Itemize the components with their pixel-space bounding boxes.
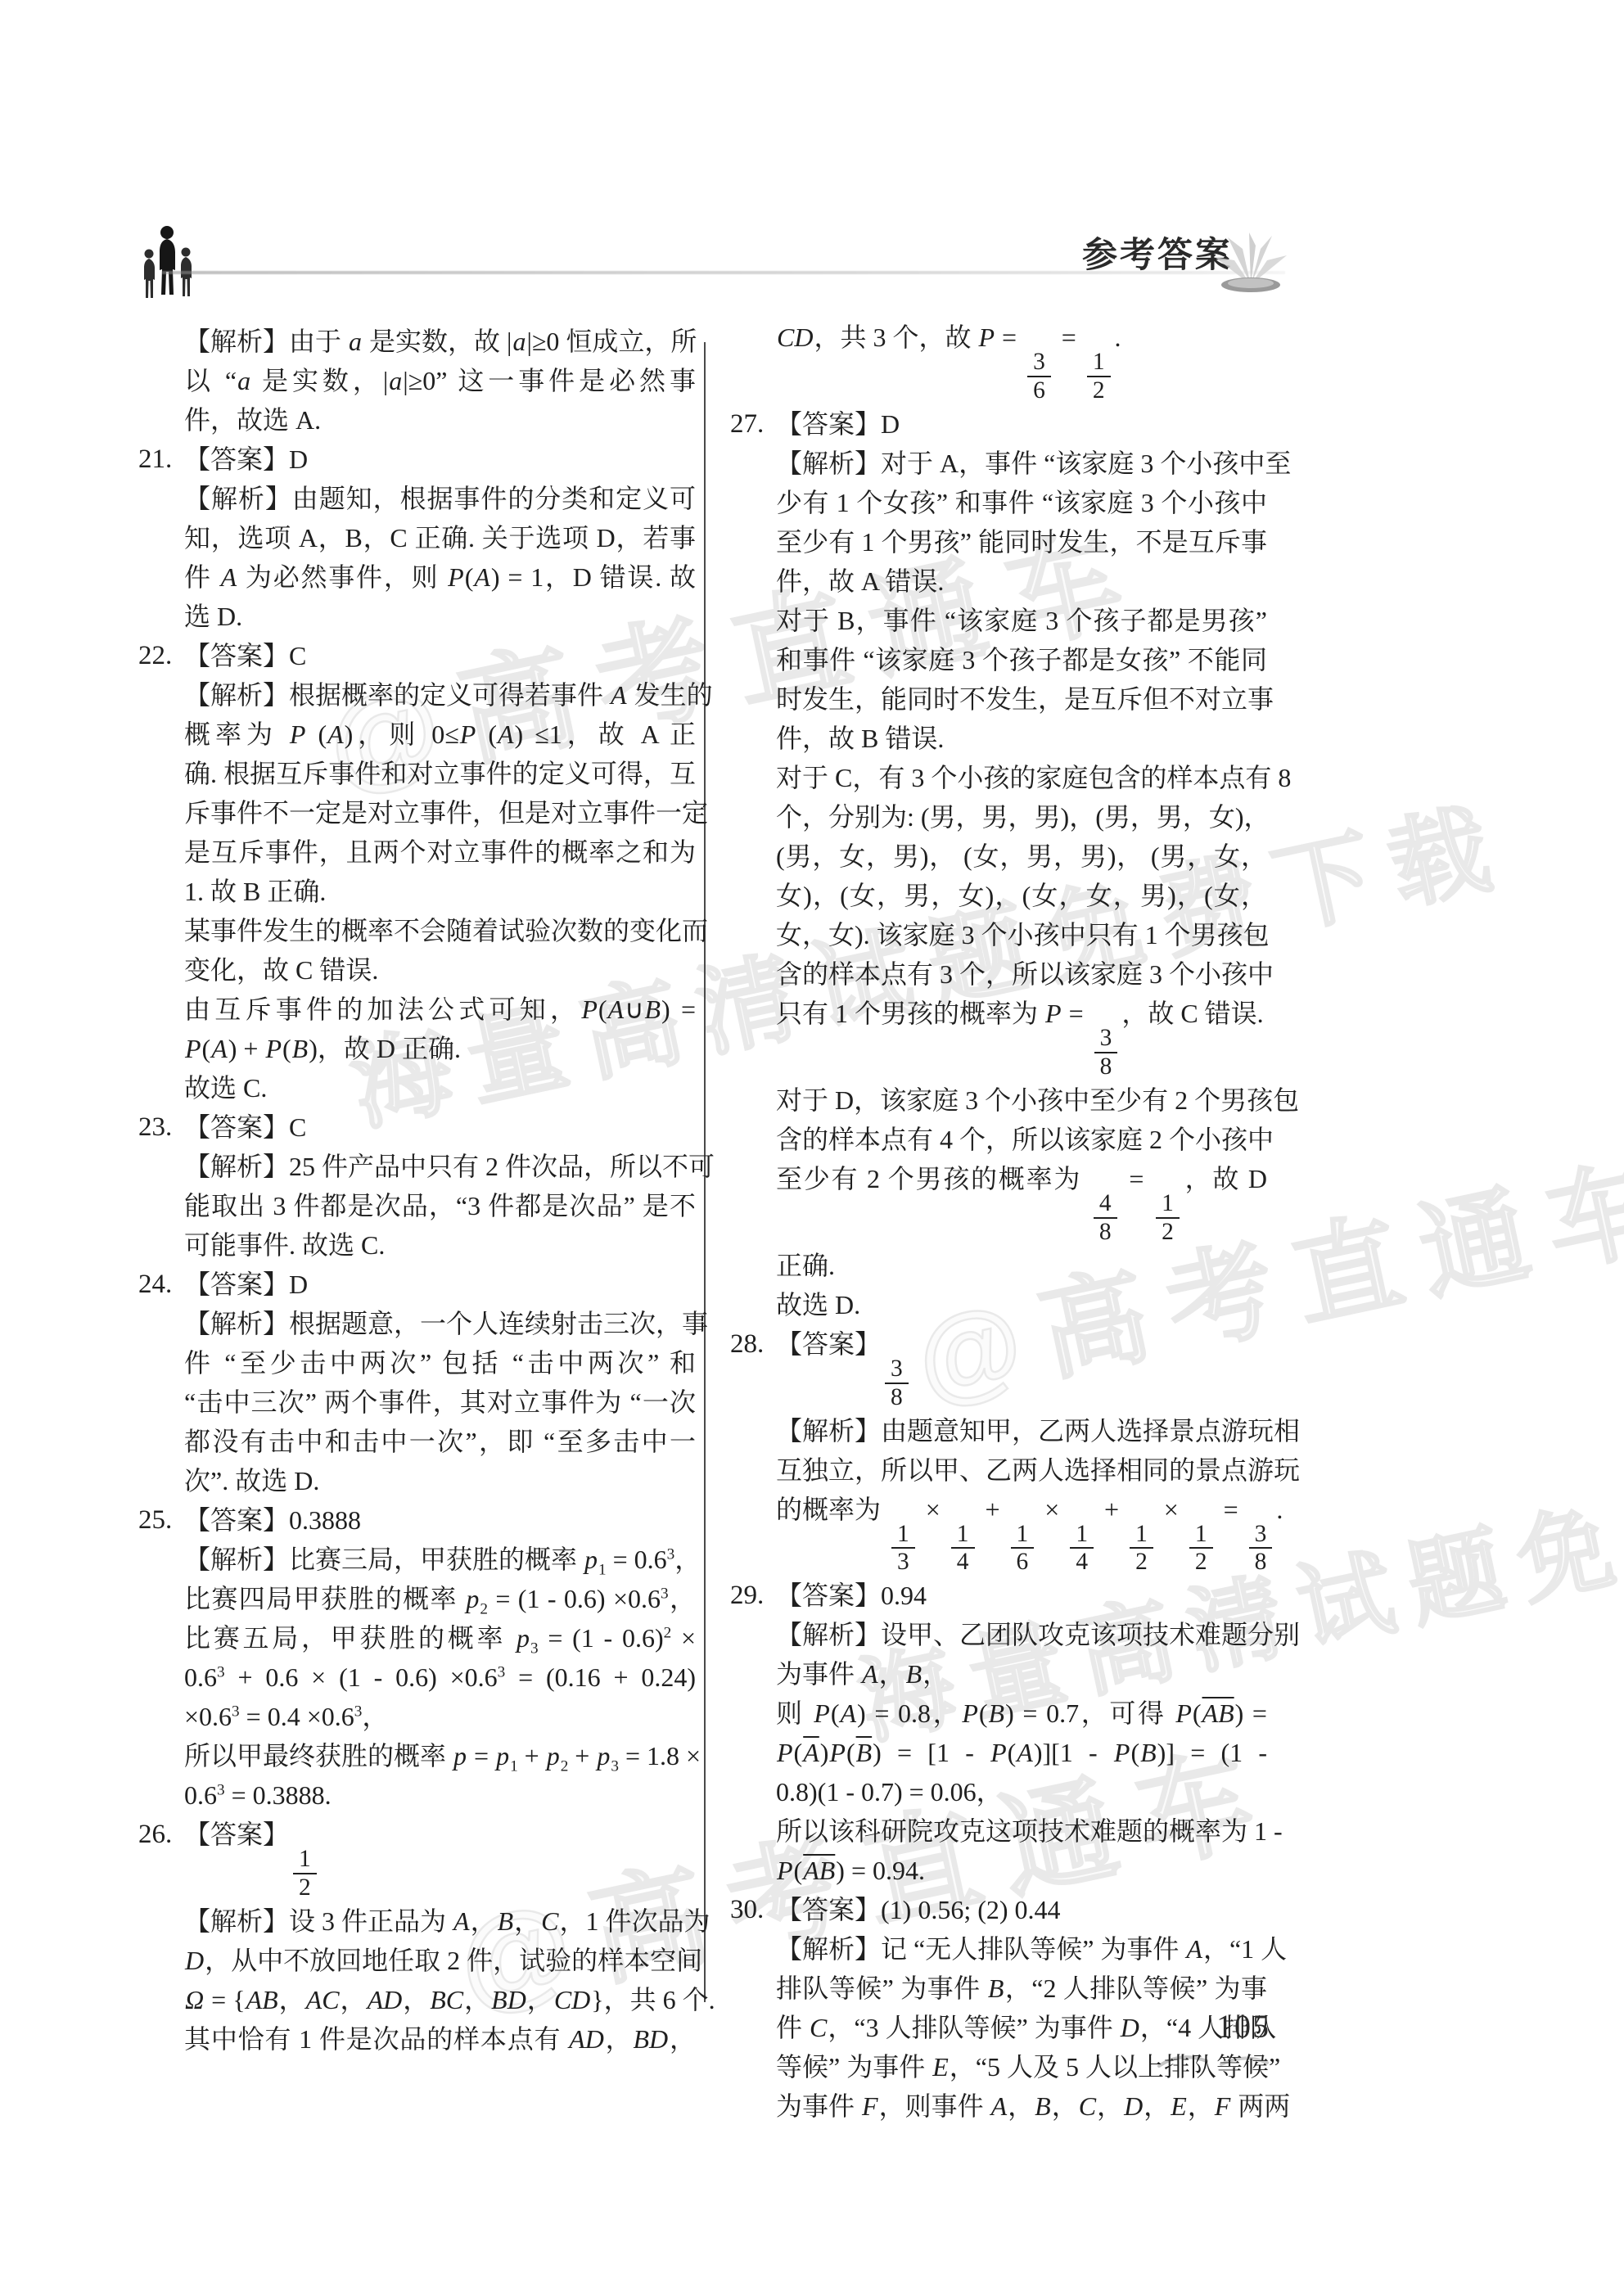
text-line: 【解析】对于 A，事件 “该家庭 3 个小孩中至 <box>776 444 1267 483</box>
fraction: 12 <box>293 1846 317 1901</box>
text-line: 【答案】C <box>184 636 696 675</box>
text-line: 件 “至少击中两次” 包括 “击中两次” 和 <box>184 1343 696 1383</box>
text-line: 时发生，能同时不发生，是互斥但不对立事 <box>776 679 1267 719</box>
text-line: 正确. <box>776 1246 1267 1285</box>
text-line: 确. 根据互斥事件和对立事件的定义可得，互 <box>184 754 696 793</box>
answer-block-26: 26.【答案】12【解析】设 3 件正品为 A，B，C，1 件次品为D，从中不放… <box>184 1815 696 2059</box>
text-line: 【解析】根据题意，一个人连续射击三次，事 <box>184 1304 696 1343</box>
item-number: 25. <box>138 1500 172 1540</box>
text-line: 女，女). 该家庭 3 个小孩中只有 1 个男孩包 <box>776 915 1267 954</box>
fraction: 13 <box>891 1521 915 1577</box>
fraction: 14 <box>951 1521 975 1577</box>
item-number: 29. <box>730 1576 764 1615</box>
text-line: 以 “a 是实数，|a|≥0” 这一事件是必然事 <box>184 361 696 400</box>
text-line: 所以该科研院攻克这项技术难题的概率为 1 - <box>776 1811 1267 1851</box>
text-line: 件 A 为必然事件，则 P(A) = 1，D 错误. 故 <box>184 557 696 597</box>
text-line: 选 D. <box>184 597 696 636</box>
text-line: 【解析】设甲、乙团队攻克该项技术难题分别 <box>776 1615 1267 1654</box>
text-line: 【解析】由于 a 是实数，故 |a|≥0 恒成立，所 <box>184 322 696 361</box>
text-line: 【答案】0.3888 <box>184 1500 696 1540</box>
answer-block-27: 27.【答案】D【解析】对于 A，事件 “该家庭 3 个小孩中至少有 1 个女孩… <box>776 404 1267 1324</box>
answer-block-28: 28.【答案】38【解析】由题意知甲，乙两人选择景点游玩相互独立，所以甲、乙两人… <box>776 1324 1267 1577</box>
text-line: 【答案】12 <box>184 1815 696 1901</box>
text-line: 【解析】根据概率的定义可得若事件 A 发生的 <box>184 675 696 715</box>
text-line: 【答案】0.94 <box>776 1576 1267 1615</box>
text-line: 次”. 故选 D. <box>184 1461 696 1500</box>
fraction: 38 <box>1249 1521 1273 1577</box>
text-line: 至少有 1 个男孩” 能同时发生，不是互斥事 <box>776 522 1267 562</box>
item-number: 30. <box>730 1890 764 1929</box>
fraction: 12 <box>1156 1190 1180 1246</box>
text-line: P(A) + P(B)，故 D 正确. <box>184 1029 696 1068</box>
text-line: 【答案】(1) 0.56; (2) 0.44 <box>776 1890 1267 1929</box>
fraction: 12 <box>1087 349 1111 404</box>
text-line: 含的样本点有 3 个，所以该家庭 3 个小孩中 <box>776 954 1267 994</box>
text-line: 为事件 F，则事件 A，B，C，D，E，F 两两 <box>776 2086 1267 2126</box>
text-line: CD，共 3 个，故 P = 36 = 12. <box>776 318 1267 404</box>
answer-block-continued: 【解析】由于 a 是实数，故 |a|≥0 恒成立，所以 “a 是实数，|a|≥0… <box>184 322 696 440</box>
text-line: 至少有 2 个男孩的概率为 48 = 12，故 D <box>776 1159 1267 1246</box>
text-line: 由互斥事件的加法公式可知，P(A∪B) = <box>184 990 696 1029</box>
text-line: 件，故 B 错误. <box>776 719 1267 758</box>
text-line: (男，女，男)， (女，男，男)， (男，女， <box>776 837 1267 876</box>
text-line: “击中三次” 两个事件，其对立事件为 “一次 <box>184 1383 696 1422</box>
item-number: 21. <box>138 440 172 479</box>
text-line: 0.63 = 0.3888. <box>184 1775 696 1815</box>
fraction: 14 <box>1070 1521 1094 1577</box>
text-line: 为事件 A，B， <box>776 1654 1267 1694</box>
text-line: 斥事件不一定是对立事件，但是对立事件一定 <box>184 793 696 832</box>
text-line: 对于 B，事件 “该家庭 3 个孩子都是男孩” <box>776 601 1267 640</box>
answer-block-22: 22.【答案】C【解析】根据概率的定义可得若事件 A 发生的概率为 P (A)，… <box>184 636 696 1107</box>
item-number: 26. <box>138 1815 172 1854</box>
page-number: 105 <box>1216 2007 1270 2046</box>
text-line: 概率为 P (A)，则 0≤P (A) ≤1，故 A 正 <box>184 715 696 754</box>
fraction: 16 <box>1011 1521 1035 1577</box>
answer-block-continued: CD，共 3 个，故 P = 36 = 12. <box>776 318 1267 404</box>
text-line: 【答案】D <box>184 440 696 479</box>
text-line: 则 P(A) = 0.8，P(B) = 0.7，可得 P(AB) = <box>776 1694 1267 1733</box>
fraction: 48 <box>1094 1190 1117 1246</box>
text-line: P(A)P(B) = [1 - P(A)][1 - P(B)] = (1 - <box>776 1733 1267 1772</box>
text-line: P(AB) = 0.94. <box>776 1851 1267 1890</box>
column-left: 【解析】由于 a 是实数，故 |a|≥0 恒成立，所以 “a 是实数，|a|≥0… <box>184 322 696 2059</box>
answer-block-25: 25.【答案】0.3888【解析】比赛三局，甲获胜的概率 p1 = 0.63，比… <box>184 1500 696 1815</box>
column-right: CD，共 3 个，故 P = 36 = 12.27.【答案】D【解析】对于 A，… <box>776 318 1267 2126</box>
text-line: 对于 D，该家庭 3 个小孩中至少有 2 个男孩包 <box>776 1080 1267 1120</box>
text-line: 【答案】38 <box>776 1324 1267 1411</box>
text-line: 件，故选 A. <box>184 400 696 440</box>
text-line: 【解析】由题意知甲，乙两人选择景点游玩相 <box>776 1411 1267 1450</box>
text-line: Ω = {AB，AC，AD，BC，BD，CD}，共 6 个. <box>184 1980 696 2019</box>
text-line: 对于 C，有 3 个小孩的家庭包含的样本点有 8 <box>776 758 1267 797</box>
item-number: 24. <box>138 1265 172 1304</box>
answer-block-23: 23.【答案】C【解析】25 件产品中只有 2 件次品，所以不可能取出 3 件都… <box>184 1107 696 1265</box>
text-line: D，从中不放回地任取 2 件，试验的样本空间 <box>184 1941 696 1980</box>
text-line: 【解析】25 件产品中只有 2 件次品，所以不可 <box>184 1147 696 1186</box>
answer-block-21: 21.【答案】D【解析】由题知，根据事件的分类和定义可知，选项 A，B，C 正确… <box>184 440 696 636</box>
text-line: 故选 D. <box>776 1285 1267 1324</box>
text-line: 件，故 A 错误. <box>776 562 1267 601</box>
text-line: 【解析】比赛三局，甲获胜的概率 p1 = 0.63， <box>184 1540 696 1579</box>
item-number: 28. <box>730 1324 764 1364</box>
book-ornament-icon <box>1208 232 1293 296</box>
text-line: 能取出 3 件都是次品，“3 件都是次品” 是不 <box>184 1186 696 1225</box>
text-line: 少有 1 个女孩” 和事件 “该家庭 3 个小孩中 <box>776 483 1267 522</box>
item-number: 27. <box>730 404 764 444</box>
text-line: 某事件发生的概率不会随着试验次数的变化而 <box>184 911 696 950</box>
text-line: 排队等候” 为事件 B，“2 人排队等候” 为事 <box>776 1969 1267 2008</box>
answer-block-24: 24.【答案】D【解析】根据题意，一个人连续射击三次，事件 “至少击中两次” 包… <box>184 1265 696 1500</box>
text-line: 故选 C. <box>184 1068 696 1107</box>
text-line: 【答案】D <box>184 1265 696 1304</box>
text-line: 所以甲最终获胜的概率 p = p1 + p2 + p3 = 1.8 × <box>184 1736 696 1775</box>
text-line: 可能事件. 故选 C. <box>184 1225 696 1265</box>
text-line: 【答案】D <box>776 404 1267 444</box>
text-line: 【解析】由题知，根据事件的分类和定义可 <box>184 479 696 518</box>
text-line: 都没有击中和击中一次”，即 “至多击中一 <box>184 1422 696 1461</box>
text-line: 【答案】C <box>184 1107 696 1147</box>
text-line: ×0.63 = 0.4 ×0.63， <box>184 1697 696 1736</box>
text-line: 【解析】记 “无人排队等候” 为事件 A，“1 人 <box>776 1929 1267 1969</box>
text-line: 知，选项 A，B，C 正确. 关于选项 D，若事 <box>184 518 696 557</box>
text-line: 的概率为 13 × 14 + 16 × 14 + 12 × 12 = 38. <box>776 1490 1267 1577</box>
answer-page: @高考直通车海量高清试题免费下载@高考直通车海量高清试题免费下载@高考直通车 参… <box>0 0 1624 2296</box>
text-line: 和事件 “该家庭 3 个孩子都是女孩” 不能同 <box>776 640 1267 679</box>
answer-block-29: 29.【答案】0.94【解析】设甲、乙团队攻克该项技术难题分别为事件 A，B，则… <box>776 1576 1267 1890</box>
item-number: 22. <box>138 636 172 675</box>
fraction: 38 <box>885 1355 909 1411</box>
text-line: 0.8)(1 - 0.7) = 0.06， <box>776 1772 1267 1811</box>
answer-block-30: 30.【答案】(1) 0.56; (2) 0.44【解析】记 “无人排队等候” … <box>776 1890 1267 2126</box>
item-number: 23. <box>138 1107 172 1147</box>
text-line: 是互斥事件，且两个对立事件的概率之和为 <box>184 832 696 872</box>
fraction: 12 <box>1189 1521 1213 1577</box>
text-line: 其中恰有 1 件是次品的样本点有 AD，BD， <box>184 2019 696 2059</box>
text-line: 变化，故 C 错误. <box>184 950 696 990</box>
text-line: 1. 故 B 正确. <box>184 872 696 911</box>
text-line: 互独立，所以甲、乙两人选择相同的景点游玩 <box>776 1450 1267 1490</box>
text-line: 【解析】设 3 件正品为 A，B，C，1 件次品为 <box>184 1901 696 1941</box>
text-line: 等候” 为事件 E，“5 人及 5 人以上排队等候” <box>776 2047 1267 2086</box>
text-line: 件 C，“3 人排队等候” 为事件 D，“4 人排队 <box>776 2008 1267 2047</box>
people-logo-icon <box>139 223 196 304</box>
text-line: 个，分别为: (男，男，男)，(男，男，女)， <box>776 797 1267 837</box>
text-line: 只有 1 个男孩的概率为 P = 38，故 C 错误. <box>776 994 1267 1080</box>
text-line: 比赛五局，甲获胜的概率 p3 = (1 - 0.6)2 × <box>184 1618 696 1658</box>
text-line: 含的样本点有 4 个，所以该家庭 2 个小孩中 <box>776 1120 1267 1159</box>
text-line: 女)，(女，男，女)，(女，女，男)，(女， <box>776 876 1267 915</box>
text-line: 比赛四局甲获胜的概率 p2 = (1 - 0.6) ×0.63， <box>184 1579 696 1618</box>
fraction: 12 <box>1130 1521 1153 1577</box>
fraction: 38 <box>1094 1025 1118 1080</box>
text-line: 0.63 + 0.6 × (1 - 0.6) ×0.63 = (0.16 + 0… <box>184 1658 696 1697</box>
fraction: 36 <box>1027 349 1051 404</box>
